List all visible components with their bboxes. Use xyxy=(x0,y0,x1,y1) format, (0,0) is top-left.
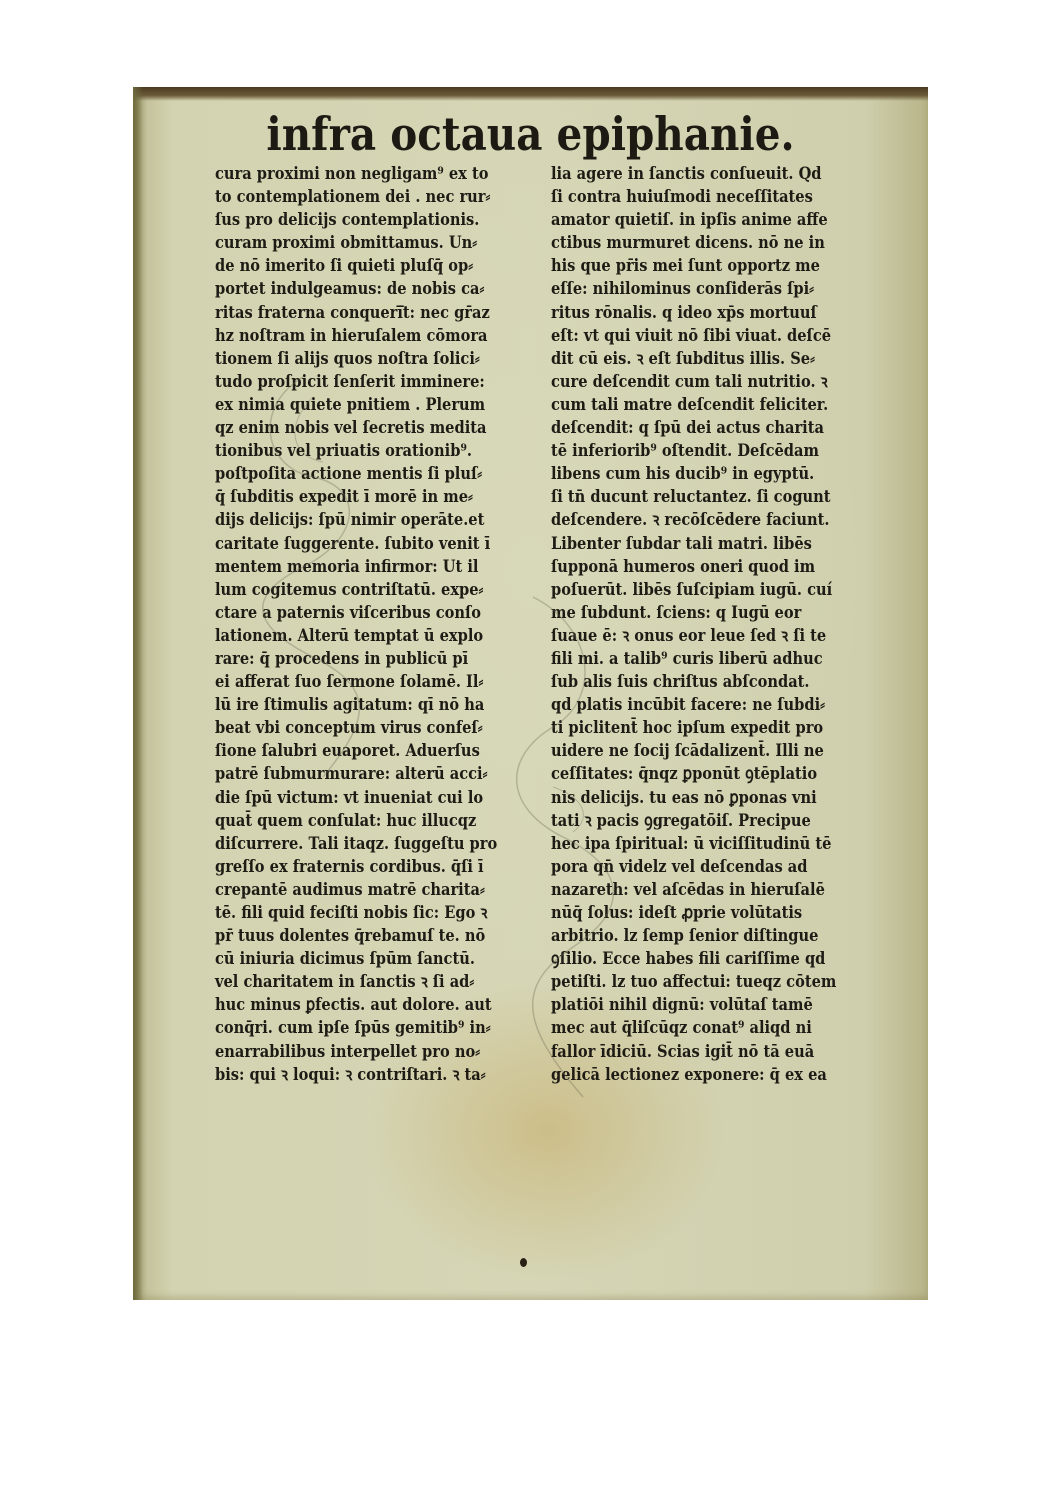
text-line: to contemplationem dei . nec rur⸗ xyxy=(215,186,499,209)
text-line: hz noſtram in hieruſalem cōmora xyxy=(215,325,499,348)
text-line: qz enim nobis vel ſecretis medita xyxy=(215,417,499,440)
ink-dot-mark xyxy=(520,1258,527,1267)
text-line: ſione ſalubri euaporet. Aduerſus xyxy=(215,740,499,763)
text-line: tē inferiorib⁹ oſtendit. Deſcēdam xyxy=(551,440,835,463)
text-line: arbitrio. lz ſemp ſenior diſtingue xyxy=(551,925,835,948)
text-line: ſuaue ē: ꝛ onus eor leue ſed ꝛ ſi te xyxy=(551,625,835,648)
text-line: cure deſcendit cum tali nutritio. ꝛ xyxy=(551,371,835,394)
text-line: huc minus ꝑfectis. aut dolore. aut xyxy=(215,994,499,1017)
text-line: ei afferat ſuo ſermone ſolamē. Il⸗ xyxy=(215,671,499,694)
text-line: ctibus murmuret dicens. nō ne in xyxy=(551,232,835,255)
text-line: portet indulgeamus: de nobis ca⸗ xyxy=(215,278,499,301)
text-line: me ſubdunt. ſciens: q Iugū eor xyxy=(551,602,835,625)
text-line: q̄ ſubditis expedit ī morē in me⸗ xyxy=(215,486,499,509)
text-line: amator quietiſ. in ipſis anime affe xyxy=(551,209,835,232)
text-line: ex nimia quiete pnitiem . Plerum xyxy=(215,394,499,417)
text-column-right: lia agere in ſanctis conſueuit. Qdſi con… xyxy=(551,163,881,1087)
text-line: quat̄ quem conſulat: huc illucqz xyxy=(215,810,499,833)
text-line: ritus rōnalis. q ideo xp̄s mortuuſ xyxy=(551,302,835,325)
text-line: ſus pro delicijs contemplationis. xyxy=(215,209,499,232)
text-line: lū ire ſtimulis agitatum: qī nō ha xyxy=(215,694,499,717)
text-line: fili mi. a talib⁹ curis liberū adhuc xyxy=(551,648,835,671)
text-line: ctare a paternis viſceribus conſo xyxy=(215,602,499,625)
text-line: tionibus vel priuatis orationib⁹. xyxy=(215,440,499,463)
running-head: infra octaua epiphanie. xyxy=(181,107,881,161)
text-line: curam proximi obmittamus. Un⸗ xyxy=(215,232,499,255)
text-line: qd platis incūbit facere: ne ſubdi⸗ xyxy=(551,694,835,717)
text-line: mentem memoria infirmor: Ut il xyxy=(215,556,499,579)
text-line: greſſo ex fraternis cordibus. q̄ſi ī xyxy=(215,856,499,879)
text-line: uidere ne ſocij ſcādalizent̄. Illi ne xyxy=(551,740,835,763)
text-line: mec aut q̄liſcūqz conat⁹ aliqd ni xyxy=(551,1017,835,1040)
book-page-photo: infra octaua epiphanie. cura proximi non… xyxy=(133,87,928,1300)
text-line: beat vbi conceptum virus confeſ⸗ xyxy=(215,717,499,740)
text-line: platiōi nihil dignū: volūtaſ tamē xyxy=(551,994,835,1017)
text-line: deſcendere. ꝛ recōſcēdere faciunt. xyxy=(551,509,835,532)
page-top-edge-shadow xyxy=(133,87,928,101)
text-line: fallor īdiciū. Scias igit̄ nō tā euā xyxy=(551,1041,835,1064)
text-line: lationem. Alterū temptat ū explo xyxy=(215,625,499,648)
text-line: deſcendit: q ſpū dei actus charita xyxy=(551,417,835,440)
text-line: tudo proſpicit ſenſerit imminere: xyxy=(215,371,499,394)
text-line: pora qn̄ videlz vel deſcendas ad xyxy=(551,856,835,879)
text-line: poſtpoſita actione mentis ſi pluſ⸗ xyxy=(215,463,499,486)
text-line: pr̄ tuus dolentes q̄rebamuſ te. nō xyxy=(215,925,499,948)
text-line: caritate ſuggerente. ſubito venit ī xyxy=(215,533,499,556)
text-line: lum cogitemus contriſtatū. expe⸗ xyxy=(215,579,499,602)
text-line: cum tali matre deſcendit feliciter. xyxy=(551,394,835,417)
text-line: die ſpū victum: vt inueniat cui lo xyxy=(215,787,499,810)
text-line: cū iniuria dicimus ſpūm ſanctū. xyxy=(215,948,499,971)
text-line: nūq̄ ſolus: ideſt ꝓprie volūtatis xyxy=(551,902,835,925)
text-line: rare: q̄ procedens in publicū pī xyxy=(215,648,499,671)
text-line: ſi tn̄ ducunt reluctantez. ſi cogunt xyxy=(551,486,835,509)
text-line: crepantē audimus matrē charita⸗ xyxy=(215,879,499,902)
text-line: lia agere in ſanctis conſueuit. Qd xyxy=(551,163,835,186)
text-line: vel charitatem in ſanctis ꝛ ſi ad⸗ xyxy=(215,971,499,994)
text-line: eſſe: nihilominus conſiderās ſpi⸗ xyxy=(551,278,835,301)
text-line: ꝯſilio. Ecce habes fili cariſſime qd xyxy=(551,948,835,971)
text-line: hec ipa ſpiritual: ū viciſſitudinū tē xyxy=(551,833,835,856)
page-left-edge-shadow xyxy=(133,87,143,1300)
text-line: ſi contra huiuſmodi neceſſitates xyxy=(551,186,835,209)
text-line: his que pr̄is mei ſunt opportz me xyxy=(551,255,835,278)
text-line: diſcurrere. Tali itaqz. ſuggeſtu pro xyxy=(215,833,499,856)
text-line: nis delicijs. tu eas nō ꝑponas vni xyxy=(551,787,835,810)
text-line: ritas fraterna conqueri̅t: nec gr̄az xyxy=(215,302,499,325)
text-line: gelicā lectionez exponere: q̄ ex ea xyxy=(551,1064,835,1087)
text-line: enarrabilibus interpellet pro no⸗ xyxy=(215,1041,499,1064)
text-line: de nō imerito ſi quieti pluſq̄ op⸗ xyxy=(215,255,499,278)
text-line: tionem ſi alijs quos noſtra ſolici⸗ xyxy=(215,348,499,371)
text-line: nazareth: vel aſcēdas in hieruſalē xyxy=(551,879,835,902)
text-column-left: cura proximi non negligam⁹ ex toto conte… xyxy=(215,163,545,1087)
text-line: petiſti. lz tuo affectui: tueqz cōtem xyxy=(551,971,835,994)
text-line: ti piclitent̄ hoc ipſum expedit pro xyxy=(551,717,835,740)
text-line: poſuerūt. libēs ſuſcipiam iugū. cuí xyxy=(551,579,835,602)
text-line: Libenter ſubdar tali matri. libēs xyxy=(551,533,835,556)
text-line: ſupponā humeros oneri quod im xyxy=(551,556,835,579)
text-line: libens cum his ducib⁹ in egyptū. xyxy=(551,463,835,486)
text-line: eſt: vt qui viuit nō ſibi viuat. deſcē xyxy=(551,325,835,348)
text-line: cura proximi non negligam⁹ ex to xyxy=(215,163,499,186)
text-line: ceſſitates: q̄nqz ꝑponūt ꝯtēplatio xyxy=(551,763,835,786)
text-line: ſub alis ſuis chriſtus abſcondat. xyxy=(551,671,835,694)
text-line: patrē ſubmurmurare: alterū acci⸗ xyxy=(215,763,499,786)
text-line: dit cū eis. ꝛ eſt ſubditus illis. Se⸗ xyxy=(551,348,835,371)
text-line: tati ꝛ pacis ꝯgregatōiſ. Precipue xyxy=(551,810,835,833)
text-line: dijs delicijs: ſpū nimir operāte.et xyxy=(215,509,499,532)
text-line: bis: qui ꝛ loqui: ꝛ contriſtari. ꝛ ta⸗ xyxy=(215,1064,499,1087)
text-line: tē. fili quid feciſti nobis ſic: Ego ꝛ xyxy=(215,902,499,925)
text-line: conq̄ri. cum ipſe ſpūs gemitib⁹ in⸗ xyxy=(215,1017,499,1040)
